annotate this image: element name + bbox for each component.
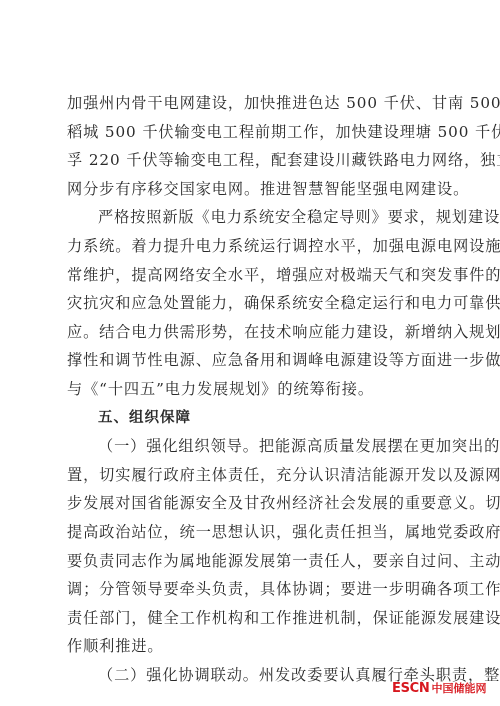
logo-text-en: ESCN — [392, 681, 429, 696]
text-line: 力系统。着力提升电力系统运行调控水平，加强电源电网设施日 — [67, 232, 439, 261]
text-line: 孚 220 千伏等输变电工程，配套建设川藏铁路电力网络，独立电 — [67, 146, 439, 175]
escn-watermark-logo: ESCN 中国储能网 — [392, 679, 486, 697]
document-page: 加强州内骨干电网建设，加快推进色达 500 千伏、甘南 500 千伏、 稻城 5… — [0, 0, 500, 706]
text-line: 加强州内骨干电网建设，加快推进色达 500 千伏、甘南 500 千伏、 — [67, 89, 439, 118]
text-line: 撑性和调节性电源、应急备用和调峰电源建设等方面进一步做好 — [67, 346, 439, 375]
text-line: （二）强化协调联动。州发改委要认真履行牵头职责，整合 — [67, 661, 439, 690]
text-line: 严格按照新版《电力系统安全稳定导则》要求，规划建设电 — [67, 203, 439, 232]
text-line: 网分步有序移交国家电网。推进智慧智能坚强电网建设。 — [67, 175, 439, 204]
text-line: 常维护，提高网络安全水平，增强应对极端天气和突发事件的防 — [67, 261, 439, 290]
logo-text-cn: 中国储能网 — [431, 680, 486, 696]
section-heading: 五、组织保障 — [67, 404, 439, 433]
text-line: 灾抗灾和应急处置能力，确保系统安全稳定运行和电力可靠供 — [67, 289, 439, 318]
text-line: （一）强化组织领导。把能源高质量发展摆在更加突出的位 — [67, 432, 439, 461]
text-line: 要负责同志作为属地能源发展第一责任人，要亲自过问、主动协 — [67, 547, 439, 576]
document-body: 加强州内骨干电网建设，加快推进色达 500 千伏、甘南 500 千伏、 稻城 5… — [67, 89, 439, 689]
text-line: 步发展对国省能源安全及甘孜州经济社会发展的重要意义。切实 — [67, 489, 439, 518]
text-line: 作顺利推进。 — [67, 632, 439, 661]
text-line: 应。结合电力供需形势，在技术响应能力建设，新增纳入规划支 — [67, 318, 439, 347]
text-line: 责任部门，健全工作机构和工作推进机制，保证能源发展建设工 — [67, 604, 439, 633]
text-line: 与《“十四五”电力发展规划》的统筹衔接。 — [67, 375, 439, 404]
text-line: 置，切实履行政府主体责任，充分认识清洁能源开发以及源网同 — [67, 461, 439, 490]
text-line: 提高政治站位，统一思想认识，强化责任担当，属地党委政府主 — [67, 518, 439, 547]
text-line: 稻城 500 千伏输变电工程前期工作，加快建设理塘 500 千伏、道 — [67, 118, 439, 147]
text-line: 调；分管领导要牵头负责，具体协调；要进一步明确各项工作的 — [67, 575, 439, 604]
